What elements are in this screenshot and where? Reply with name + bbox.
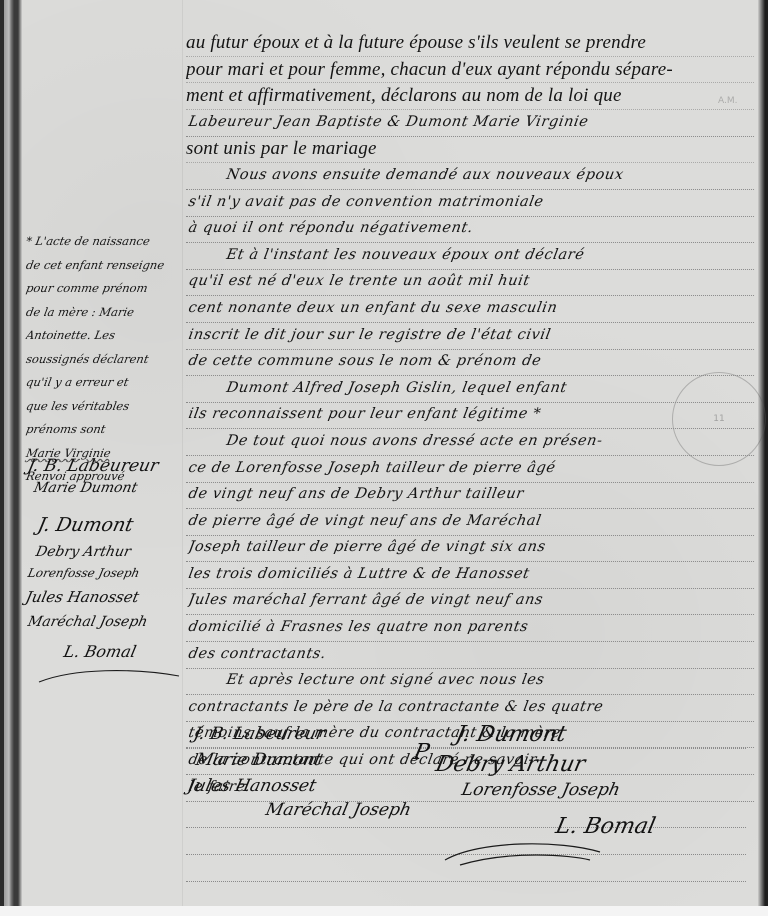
signature: Debry Arthur: [433, 752, 587, 777]
text-line: à quoi il ont répondu négativement.: [186, 216, 759, 243]
text-line: ils reconnaissent pour leur enfant légit…: [186, 402, 759, 429]
margin-signature: L. Bomal: [62, 642, 138, 661]
text-line: Jules maréchal ferrant âgé de vingt neuf…: [186, 588, 759, 615]
margin-signature: J. Dumont: [36, 514, 136, 536]
signature: J. Dumont: [453, 722, 568, 747]
text-line: Labeureur Jean Baptiste & Dumont Marie V…: [186, 110, 759, 137]
page-binding-edge: [0, 0, 22, 906]
text-line: Nous avons ensuite demandé aux nouveaux …: [186, 163, 759, 190]
signature: J. B. Labeureur: [192, 724, 326, 744]
scan-bottom-edge: [0, 906, 768, 916]
margin-signature: J. B. Labeureur: [26, 456, 160, 476]
signature-flourish: [440, 830, 610, 870]
margin-signature: Lorenfosse Joseph: [27, 566, 141, 580]
text-line: Et à l'instant les nouveaux époux ont dé…: [186, 243, 759, 270]
signature: Marie Dumont: [194, 750, 324, 770]
signature: Maréchal Joseph: [264, 800, 413, 820]
text-line: pour mari et pour femme, chacun d'eux ay…: [186, 57, 754, 84]
margin-signature: Marie Dumont: [32, 480, 139, 496]
text-line: de pierre âgé de vingt neuf ans de Maréc…: [186, 509, 759, 536]
margin-signature: Debry Arthur: [34, 544, 132, 560]
text-line: ce de Lorenfosse Joseph tailleur de pier…: [186, 456, 759, 483]
text-line: de vingt neuf ans de Debry Arthur taille…: [186, 482, 759, 509]
page-right-edge: [758, 0, 768, 906]
text-line: Joseph tailleur de pierre âgé de vingt s…: [186, 535, 759, 562]
text-line: Dumont Alfred Joseph Gislin, lequel enfa…: [186, 376, 759, 403]
text-line: sont unis par le mariage: [186, 136, 754, 163]
text-line: domicilié à Frasnes les quatre non paren…: [186, 615, 759, 642]
signature: Jules Hanosset: [186, 776, 318, 796]
margin-signature: Jules Hanosset: [24, 588, 141, 606]
margin-signatures: J. B. LabeureurMarie DumontJ. DumontDebr…: [24, 230, 182, 690]
margin-signature: Maréchal Joseph: [26, 614, 149, 630]
text-line: ment et affirmativement, déclarons au no…: [186, 83, 754, 110]
text-line: qu'il est né d'eux le trente un août mil…: [186, 269, 759, 296]
signature: P: [411, 740, 431, 765]
text-line: Et après lecture ont signé avec nous les: [186, 668, 759, 695]
text-line: les trois domiciliés à Luttre & de Hanos…: [186, 562, 759, 589]
text-line: s'il n'y avait pas de convention matrimo…: [186, 190, 759, 217]
text-line: inscrit le dit jour sur le registre de l…: [186, 323, 759, 350]
text-line: des contractants.: [186, 642, 759, 669]
text-line: de cette commune sous le nom & prénom de: [186, 349, 759, 376]
text-line: contractants le père de la contractante …: [186, 695, 759, 722]
signature: Lorenfosse Joseph: [460, 780, 622, 800]
register-page: A.M. 11 au futur époux et à la future ép…: [0, 0, 768, 906]
text-line: au futur époux et à la future épouse s'i…: [186, 30, 754, 57]
text-line: De tout quoi nous avons dressé acte en p…: [186, 429, 759, 456]
text-line: cent nonante deux un enfant du sexe masc…: [186, 296, 759, 323]
main-text-block: au futur époux et à la future épouse s'i…: [186, 30, 754, 801]
margin-flourish: [34, 660, 184, 690]
